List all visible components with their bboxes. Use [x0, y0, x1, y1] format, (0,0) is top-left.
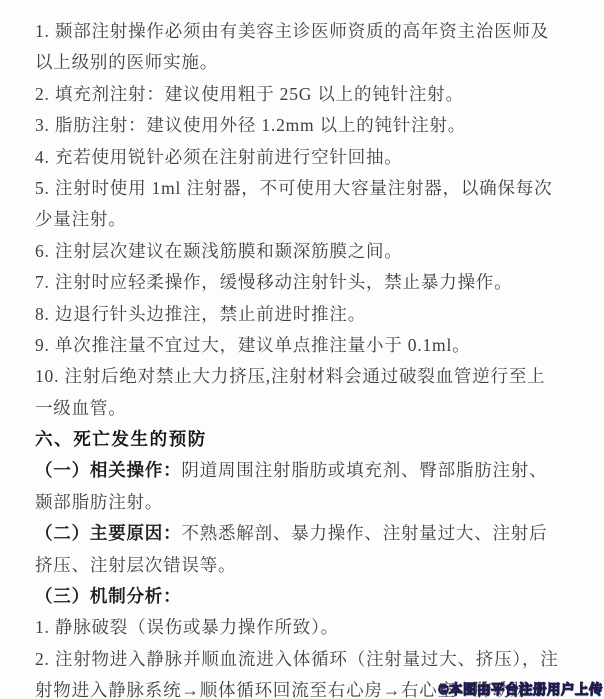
- mechanism-item-2: 2. 注射物进入静脉并顺血流进入体循环（注射量过大、挤压），注: [35, 644, 576, 675]
- subsection-3: （三）机制分析：: [35, 581, 576, 612]
- doc-line-text: 挤压、注射层次错误等。: [35, 555, 236, 575]
- doc-line-text: 7. 注射时应轻柔操作，缓慢移动注射针头，禁止暴力操作。: [35, 272, 512, 292]
- subsection-1-lead: （一）相关操作：: [35, 460, 181, 480]
- doc-line-text: 2. 注射物进入静脉并顺血流进入体循环（注射量过大、挤压），注: [35, 649, 559, 669]
- doc-line-text: 1. 颞部注射操作必须由有美容主诊医师资质的高年资主治医师及: [35, 21, 549, 41]
- doc-line-text: 3. 脂肪注射：建议使用外径 1.2mm 以上的钝针注射。: [35, 115, 466, 135]
- doc-line-text: 4. 充若使用锐针必须在注射前进行空针回抽。: [35, 147, 403, 167]
- doc-line-item9: 9. 单次推注量不宜过大，建议单点推注量小于 0.1ml。: [35, 330, 576, 361]
- section-heading-text: 六、死亡发生的预防: [35, 429, 207, 449]
- doc-line-text: 2. 填充剂注射：建议使用粗于 25G 以上的钝针注射。: [35, 84, 464, 104]
- doc-line-text: 6. 注射层次建议在颞浅筋膜和颞深筋膜之间。: [35, 241, 403, 261]
- doc-line-item10: 10. 注射后绝对禁止大力挤压,注射材料会通过破裂血管逆行至上: [35, 361, 576, 392]
- doc-line-item1: 1. 颞部注射操作必须由有美容主诊医师资质的高年资主治医师及: [35, 16, 576, 47]
- doc-line-text: 以上级别的医师实施。: [35, 52, 218, 72]
- doc-line-item6: 6. 注射层次建议在颞浅筋膜和颞深筋膜之间。: [35, 236, 576, 267]
- subsection-2: （二）主要原因：不熟悉解剖、暴力操作、注射量过大、注射后: [35, 518, 576, 549]
- doc-line-item5: 5. 注射时使用 1ml 注射器，不可使用大容量注射器，以确保每次: [35, 173, 576, 204]
- doc-line-text: 不熟悉解剖、暴力操作、注射量过大、注射后: [181, 523, 547, 543]
- doc-line-item2: 2. 填充剂注射：建议使用粗于 25G 以上的钝针注射。: [35, 79, 576, 110]
- doc-line-text: 阴道周围注射脂肪或填充剂、臀部脂肪注射、: [181, 460, 547, 480]
- doc-line-item3: 3. 脂肪注射：建议使用外径 1.2mm 以上的钝针注射。: [35, 110, 576, 141]
- doc-line-text: 5. 注射时使用 1ml 注射器，不可使用大容量注射器，以确保每次: [35, 178, 552, 198]
- subsection-1: （一）相关操作：阴道周围注射脂肪或填充剂、臀部脂肪注射、: [35, 455, 576, 486]
- doc-line-item7: 7. 注射时应轻柔操作，缓慢移动注射针头，禁止暴力操作。: [35, 267, 576, 298]
- doc-line-text: 颞部脂肪注射。: [35, 492, 163, 512]
- doc-line-text: 少量注射。: [35, 209, 127, 229]
- doc-line-item5-cont: 少量注射。: [35, 204, 576, 235]
- mechanism-item-1: 1. 静脉破裂（误伤或暴力操作所致）。: [35, 612, 576, 643]
- subsection-1-cont: 颞部脂肪注射。: [35, 487, 576, 518]
- doc-line-item8: 8. 边退行针头边推注，禁止前进时推注。: [35, 299, 576, 330]
- doc-line-item1-cont: 以上级别的医师实施。: [35, 47, 576, 78]
- document-page: 1. 颞部注射操作必须由有美容主诊医师资质的高年资主治医师及 以上级别的医师实施…: [0, 0, 604, 699]
- section-heading: 六、死亡发生的预防: [35, 424, 576, 455]
- doc-line-text: 一级血管。: [35, 398, 127, 418]
- doc-line-item10-cont: 一级血管。: [35, 393, 576, 424]
- watermark-text: ©本图由平台注册用户上传: [439, 678, 603, 698]
- doc-line-item4: 4. 充若使用锐针必须在注射前进行空针回抽。: [35, 142, 576, 173]
- doc-line-text: 9. 单次推注量不宜过大，建议单点推注量小于 0.1ml。: [35, 335, 470, 355]
- subsection-2-cont: 挤压、注射层次错误等。: [35, 550, 576, 581]
- doc-line-text: 10. 注射后绝对禁止大力挤压,注射材料会通过破裂血管逆行至上: [35, 366, 545, 386]
- subsection-3-lead: （三）机制分析：: [35, 586, 181, 606]
- subsection-2-lead: （二）主要原因：: [35, 523, 181, 543]
- doc-line-text: 8. 边退行针头边推注，禁止前进时推注。: [35, 304, 366, 324]
- doc-line-text: 1. 静脉破裂（误伤或暴力操作所致）。: [35, 617, 339, 637]
